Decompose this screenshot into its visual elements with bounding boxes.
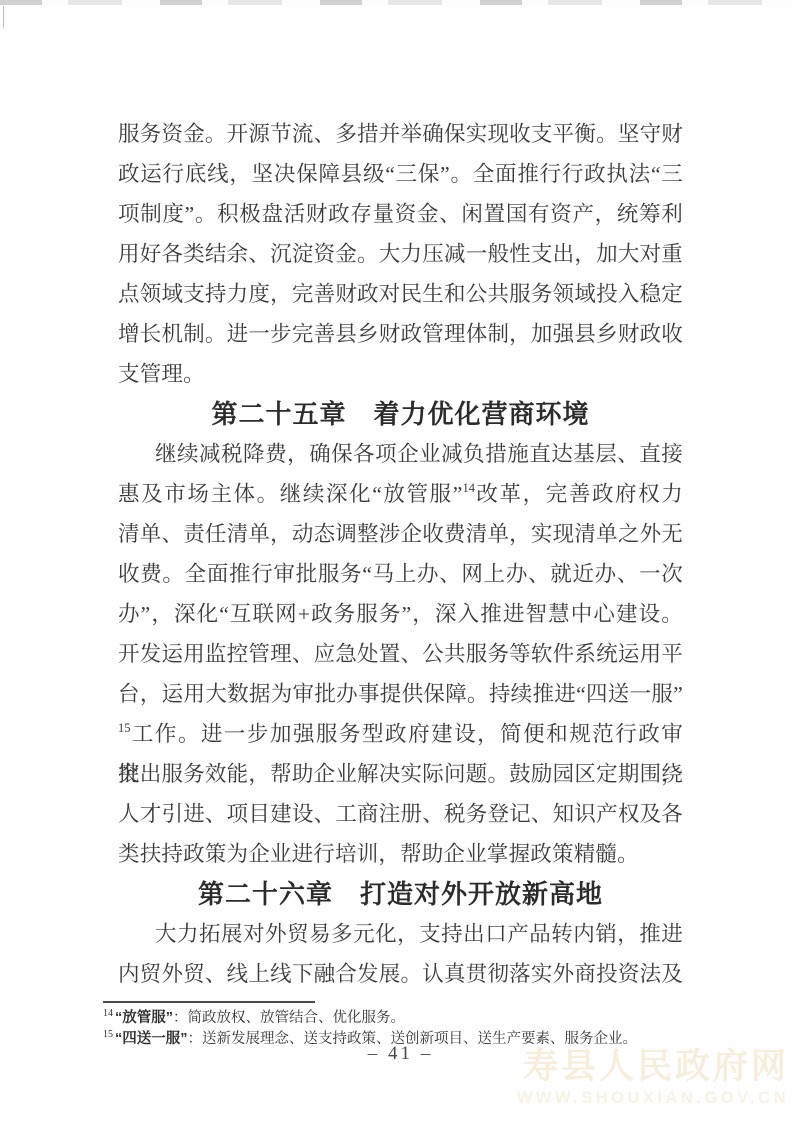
scan-edge-left-artifact [3,6,4,28]
document-body: 服务资金。开源节流、多措并举确保实现收支平衡。坚守财 政运行底线，坚决保障县级“… [118,114,683,994]
body-line: 类扶持政策为企业进行培训，帮助企业掌握政策精髓。 [118,834,683,874]
footnote-separator-rule [103,1001,315,1003]
footnote-14-term: “放管服” [115,1010,173,1026]
body-line: 突出服务效能，帮助企业解决实际问题。鼓励园区定期围绕 [118,754,683,794]
body-line: 内贸外贸、线上线下融合发展。认真贯彻落实外商投资法及 [118,954,683,994]
body-line-with-footnote-ref: 15工作。进一步加强服务型政府建设，简便和规范行政审批， [118,714,683,754]
body-line: 用好各类结余、沉淀资金。大力压减一般性支出，加大对重 [118,234,683,274]
footnote-14: 14“放管服”：简政放权、放管结合、优化服务。 [103,1008,683,1029]
body-line: 服务资金。开源节流、多措并举确保实现收支平衡。坚守财 [118,114,683,154]
body-line: 台，运用大数据为审批办事提供保障。持续推进“四送一服” [118,674,683,714]
scan-edge-artifact [0,0,793,5]
chapter-26-heading: 第二十六章 打造对外开放新高地 [118,874,683,914]
document-page: 服务资金。开源节流、多措并举确保实现收支平衡。坚守财 政运行底线，坚决保障县级“… [0,0,793,1122]
watermark-site-url: WWW.SHOUXIAN.GOV.CN [517,1087,789,1109]
body-line-with-footnote-ref: 惠及市场主体。继续深化“放管服”14改革，完善政府权力 [118,474,683,514]
body-line: 政运行底线，坚决保障县级“三保”。全面推行行政执法“三 [118,154,683,194]
body-text-segment: 惠及市场主体。继续深化“放管服” [118,482,462,506]
body-line: 开发运用监控管理、应急处置、公共服务等软件系统运用平 [118,634,683,674]
body-line: 项制度”。积极盘活财政存量资金、闲置国有资产，统筹利 [118,194,683,234]
body-line: 人才引进、项目建设、工商注册、税务登记、知识产权及各 [118,794,683,834]
body-line: 支管理。 [118,354,683,394]
body-text-segment: 改革，完善政府权力 [475,482,683,506]
body-line: 收费。全面推行审批服务“马上办、网上办、就近办、一次 [118,554,683,594]
body-line: 大力拓展对外贸易多元化，支持出口产品转内销，推进 [118,914,683,954]
body-line: 继续减税降费，确保各项企业减负措施直达基层、直接 [118,434,683,474]
footnote-15-number: 15 [103,1029,113,1040]
chapter-25-heading: 第二十五章 着力优化营商环境 [118,394,683,434]
body-line: 清单、责任清单，动态调整涉企收费清单，实现清单之外无 [118,514,683,554]
footnote-ref-14: 14 [462,481,475,495]
body-line: 点领域支持力度，完善财政对民生和公共服务领域投入稳定 [118,274,683,314]
page-number: – 41 – [118,1042,683,1066]
body-line: 办”，深化“互联网+政务服务”，深入推进智慧中心建设。 [118,594,683,634]
footnote-14-text: ：简政放权、放管结合、优化服务。 [173,1010,405,1026]
body-line: 增长机制。进一步完善县乡财政管理体制，加强县乡财政收 [118,314,683,354]
footnote-14-number: 14 [103,1008,113,1019]
footnote-ref-15: 15 [118,721,131,735]
